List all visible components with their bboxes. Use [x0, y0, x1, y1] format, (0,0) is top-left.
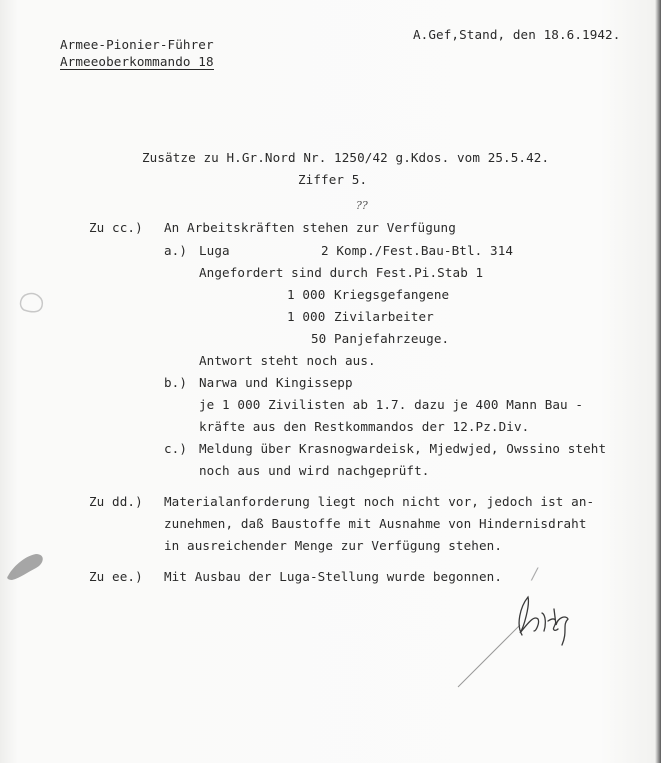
cc-c-line-1: Meldung über Krasnogwardeisk, Mjedwjed, …: [199, 441, 606, 457]
document-page: Armee-Pionier-Führer Armeeoberkommando 1…: [0, 0, 661, 763]
cc-a-item-3-qty: 50: [311, 331, 326, 347]
cc-b-line-2: kräfte aus den Restkommandos der 12.Pz.D…: [199, 419, 529, 435]
subject-line-2: Ziffer 5.: [298, 172, 367, 188]
cc-b-place: Narwa und Kingissepp: [199, 375, 353, 391]
section-dd-label: Zu dd.): [89, 494, 143, 510]
cc-a-item-2-qty: 1 000: [287, 309, 325, 325]
sender-unit-underlined: Armeeoberkommando 18: [60, 54, 214, 70]
dd-line-1: Materialanforderung liegt noch nicht vor…: [164, 494, 594, 510]
section-cc-intro: An Arbeitskräften stehen zur Verfügung: [164, 220, 456, 236]
sender-line-1: Armee-Pionier-Führer: [60, 37, 214, 53]
handwritten-mark-ee: /: [532, 564, 537, 583]
cc-a-unit: 2 Komp./Fest.Bau-Btl. 314: [321, 243, 513, 259]
place-date: A.Gef,Stand, den 18.6.1942.: [413, 27, 620, 43]
cc-a-place: Luga: [199, 243, 230, 259]
signature-scrawl: [450, 585, 590, 695]
cc-a-answer: Antwort steht noch aus.: [199, 353, 376, 369]
section-ee-label: Zu ee.): [89, 569, 143, 585]
dd-line-2: zunehmen, daß Baustoffe mit Ausnahme von…: [164, 516, 587, 532]
punch-hole-mark: [16, 290, 46, 320]
cc-c-line-2: noch aus und wird nachgeprüft.: [199, 463, 429, 479]
cc-a-item-1-qty: 1 000: [287, 287, 325, 303]
subject-line-1: Zusätze zu H.Gr.Nord Nr. 1250/42 g.Kdos.…: [142, 150, 549, 166]
cc-a-item-3-what: Panjefahrzeuge.: [334, 331, 449, 347]
cc-a-item-2-what: Zivilarbeiter: [334, 309, 434, 325]
cc-a-requested: Angefordert sind durch Fest.Pi.Stab 1: [199, 265, 483, 281]
cc-a-item-1-what: Kriegsgefangene: [334, 287, 449, 303]
cc-c-marker: c.): [164, 441, 187, 457]
dd-line-3: in ausreichender Menge zur Verfügung ste…: [164, 538, 502, 554]
cc-b-marker: b.): [164, 375, 187, 391]
handwritten-mark-cc: ??: [356, 199, 368, 212]
cc-b-line-1: je 1 000 Zivilisten ab 1.7. dazu je 400 …: [199, 397, 583, 413]
ink-blot: [4, 548, 48, 582]
cc-a-marker: a.): [164, 243, 187, 259]
section-cc-label: Zu cc.): [89, 220, 143, 236]
ee-line-1: Mit Ausbau der Luga-Stellung wurde begon…: [164, 569, 502, 585]
sender-line-2: Armeeoberkommando 18: [60, 54, 214, 70]
